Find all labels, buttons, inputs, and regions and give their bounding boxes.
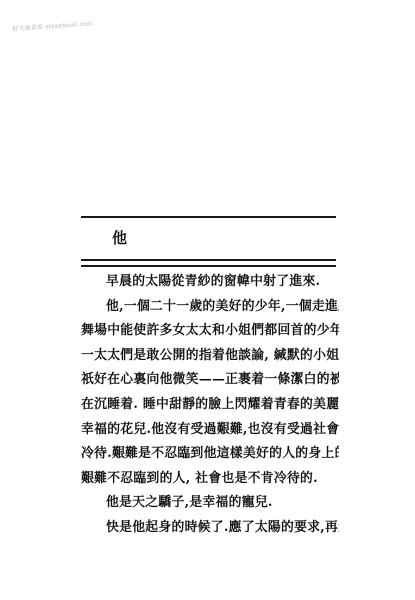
header-rule-top (81, 216, 336, 218)
text-line: 冷待.艱難是不忍臨到他這樣美好的人的身上的, (81, 442, 339, 467)
body-text: 早晨的太陽從青紗的窗幃中射了進來. 他,一個二十一歲的美好的少年,一個走進跳 舞… (81, 270, 339, 541)
header-rule-bottom-2 (81, 265, 336, 267)
text-line: 他,一個二十一歲的美好的少年,一個走進跳 (81, 295, 339, 320)
text-line: 在沉睡着. 睡中甜靜的臉上閃耀着青春的美麗和 (81, 393, 339, 418)
chapter-title: 他 (112, 228, 127, 248)
text-line: 快是他起身的時候了.應了太陽的要求,再過 (81, 516, 339, 541)
text-line: 早晨的太陽從青紗的窗幃中射了進來. (81, 270, 339, 295)
text-line: 一太太們是敢公開的指着他談論, 緘默的小姐却 (81, 344, 339, 369)
text-line: 舞場中能使許多女太太和小姐們都回首的少年一 (81, 319, 339, 344)
header-rule-bottom-1 (81, 259, 336, 261)
text-line: 祇好在心裏向他微笑——正裹着一條潔白的被單 (81, 368, 339, 393)
text-line: 幸福的花兒.他沒有受過艱難,也沒有受過社會的 (81, 418, 339, 443)
watermark: 野火圖書館 ettaebook.com (12, 18, 93, 33)
text-line: 他是天之驕子,是幸福的寵兒. (81, 491, 339, 516)
text-line: 艱難不忍臨到的人, 社會也是不肯冷待的. (81, 467, 339, 492)
